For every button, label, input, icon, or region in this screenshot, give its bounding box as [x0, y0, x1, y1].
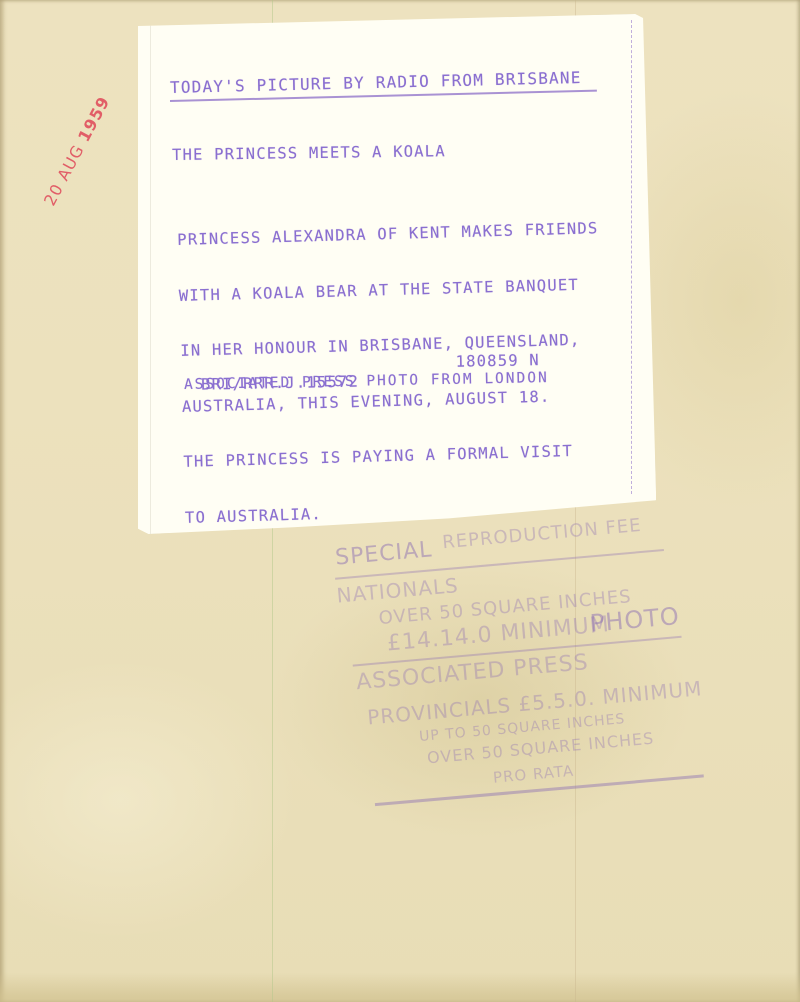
caption-body-line: PRINCESS ALEXANDRA OF KENT MAKES FRIENDS	[177, 219, 599, 249]
reference-number: 180859 N	[455, 351, 540, 371]
caption-body-line: TO AUSTRALIA.	[185, 497, 607, 527]
stamp-line: SPECIAL	[334, 537, 433, 570]
stamp-line: PRO RATA	[492, 762, 574, 787]
caption-body-line: WITH A KOALA BEAR AT THE STATE BANQUET	[179, 275, 601, 305]
caption-title: THE PRINCESS MEETS A KOALA	[172, 142, 446, 164]
caption-body-line: THE PRINCESS IS PAYING A FORMAL VISIT	[183, 441, 605, 471]
